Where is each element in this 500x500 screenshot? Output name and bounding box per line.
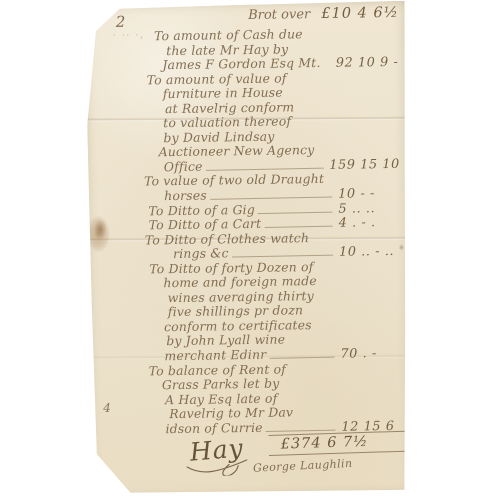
line-indent [90, 346, 166, 347]
ledger-lines: To amount of Cash due the late Mr Hay by… [86, 25, 404, 437]
leader-line [269, 357, 334, 359]
signature-clerk: George Laughlin [253, 457, 353, 475]
line-indent [90, 288, 164, 289]
line-indent [88, 171, 164, 172]
line-indent [88, 186, 144, 187]
amount-cell: 10 .. - .. [339, 244, 401, 260]
line-indent [87, 84, 147, 85]
line-indent [88, 142, 164, 143]
signature-principal: Hay [189, 433, 245, 466]
line-indent [86, 55, 166, 56]
line-indent [88, 157, 159, 158]
line-indent [86, 40, 154, 41]
amount-cell: 5 .. .. [338, 200, 400, 216]
line-indent [89, 244, 145, 245]
dogear-fold [96, 454, 131, 495]
line-text: Office [164, 159, 203, 175]
manuscript-page: 2 · ·· ·‚ 4 Brot over £10 4 6½ To amount… [86, 1, 414, 497]
amount-cell: 4 . - . [339, 215, 401, 231]
line-indent [87, 98, 163, 99]
line-indent [89, 215, 149, 216]
leader-line [206, 168, 324, 171]
line-text: by John Lyall wine [166, 332, 285, 349]
line-indent [91, 375, 149, 376]
amount-cell: 70 . - [340, 346, 402, 362]
line-indent [87, 127, 163, 128]
line-indent [91, 360, 165, 361]
amount-cell: 10 - - [338, 186, 400, 202]
line-text: To value of two old Draught [144, 171, 324, 189]
line-indent [91, 418, 169, 419]
line-text: horses [164, 188, 207, 204]
line-text: Ravelrig to Mr Dav [169, 405, 293, 422]
line-indent [88, 200, 164, 201]
line-indent [89, 230, 149, 231]
brought-forward-label: Brot over [248, 7, 310, 23]
line-indent [92, 433, 166, 434]
amount-cell: 92 10 9 - [336, 55, 399, 71]
grand-total: £374 6 7½ [268, 431, 410, 456]
line-indent [89, 258, 173, 259]
line-indent [90, 317, 168, 318]
line-text: idson of Currie [165, 420, 262, 436]
leader-line [266, 429, 336, 431]
brought-forward-amount: £10 4 6½ [321, 5, 399, 22]
line-text: James F Gordon Esq Mt. [162, 55, 320, 72]
line-indent [90, 331, 164, 332]
line-text: rings &c [173, 245, 229, 261]
brought-forward-line: Brot over £10 4 6½ [248, 5, 399, 23]
leader-line [232, 255, 333, 258]
line-indent [91, 389, 162, 390]
leader-line [210, 197, 332, 200]
line-indent [89, 273, 149, 274]
line-indent [91, 404, 165, 405]
scanned-document: 2 · ·· ·‚ 4 Brot over £10 4 6½ To amount… [0, 0, 500, 500]
line-indent [86, 69, 162, 70]
line-text: Auctioneer New Agency [159, 142, 315, 159]
line-indent [87, 113, 165, 114]
amount-cell: 159 15 10 [329, 157, 400, 173]
line-indent [90, 302, 168, 303]
leader-line [258, 211, 333, 213]
line-text: conform to certificates [164, 317, 312, 334]
leader-line [264, 226, 332, 228]
